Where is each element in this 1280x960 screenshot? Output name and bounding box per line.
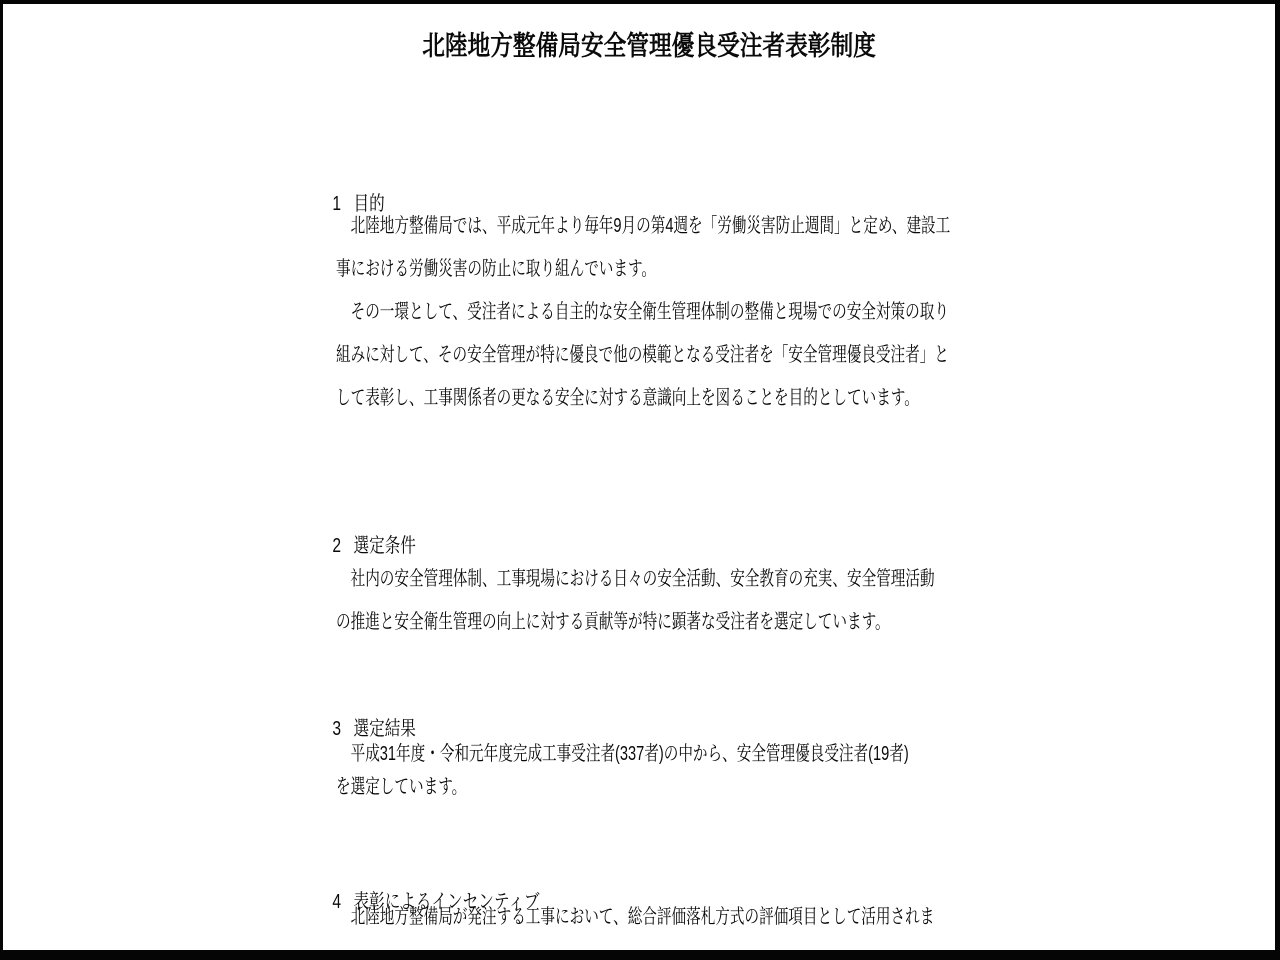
section-3-number: 3	[332, 718, 341, 740]
section-2-body: 社内の安全管理体制、工事現場における日々の安全活動、安全教育の充実、安全管理活動…	[336, 558, 993, 644]
section-3-body: 平成31年度・令和元年度完成工事受注者(337者)の中から、安全管理優良受注者(…	[336, 738, 993, 804]
section-3-heading-label: 選定結果	[354, 718, 416, 740]
document-title: 北陸地方整備局安全管理優良受注者表彰制度	[123, 31, 1175, 62]
section-2-number: 2	[332, 535, 341, 557]
section-1-body: 北陸地方整備局では、平成元年より毎年9月の第4週を「労働災害防止週間」と定め、建…	[336, 205, 993, 420]
section-4-body: 北陸地方整備局が発注する工事において、総合評価落札方式の評価項目として活用されま	[336, 901, 993, 934]
document-page: 北陸地方整備局安全管理優良受注者表彰制度 1目的 北陸地方整備局では、平成元年よ…	[0, 0, 1280, 960]
section-2-heading-label: 選定条件	[354, 535, 416, 557]
